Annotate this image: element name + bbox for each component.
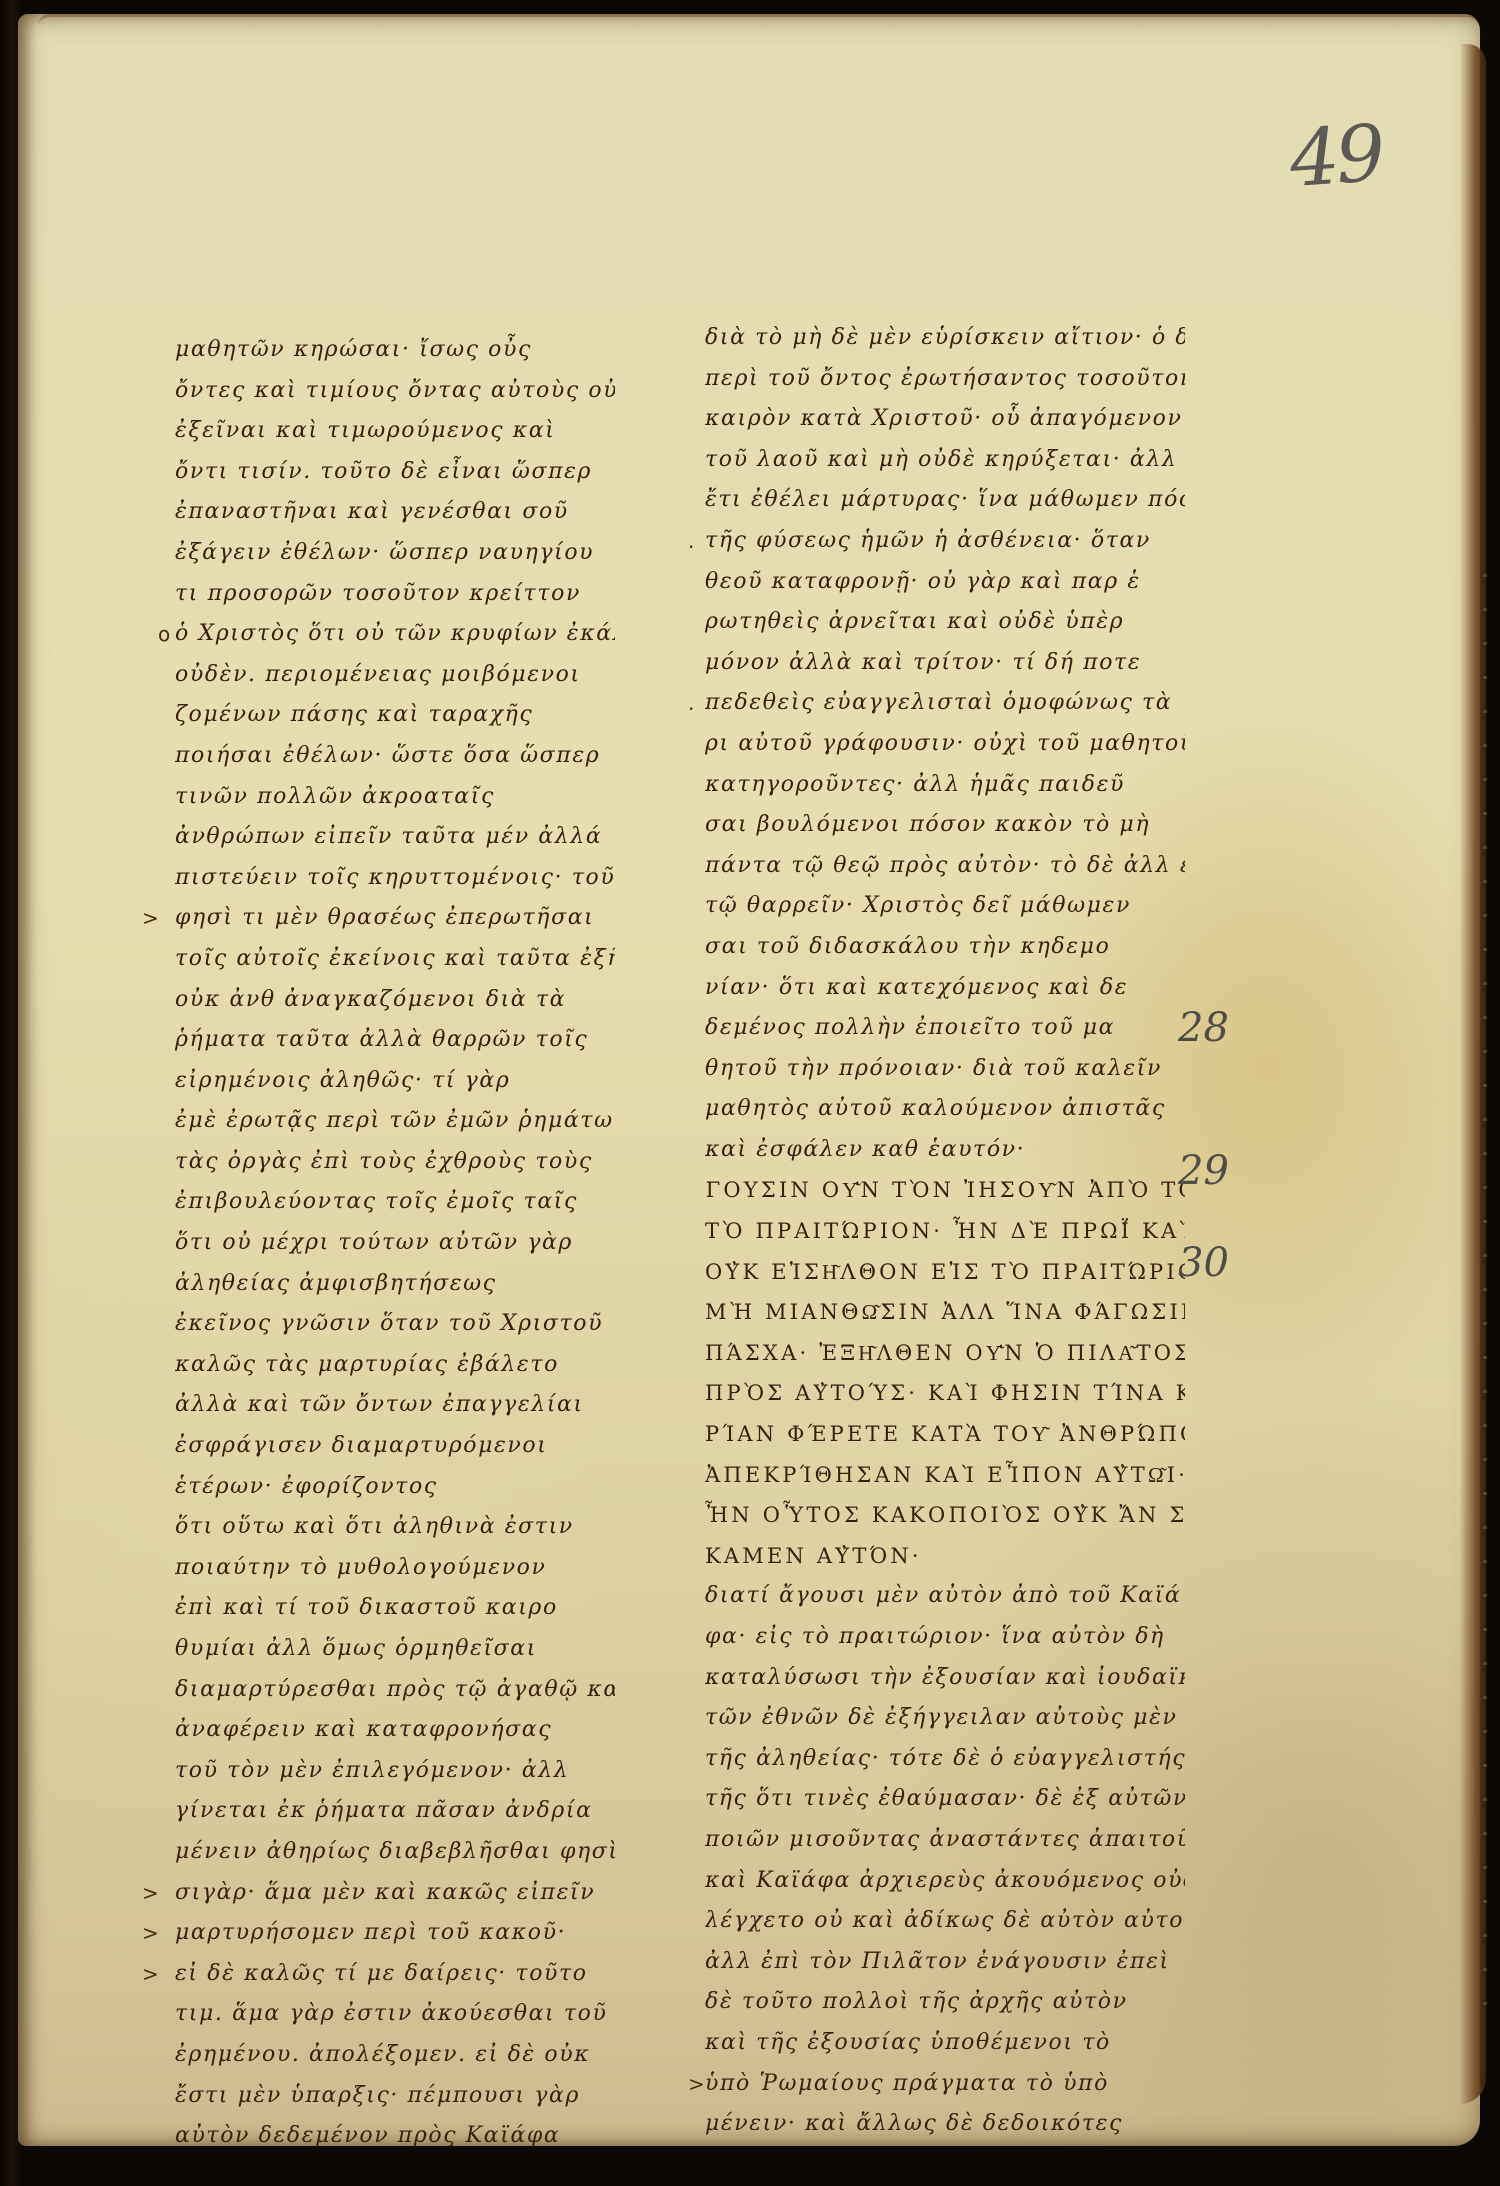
manuscript-line: ἐπιβουλεύοντας τοῖς ἐμοῖς ταῖς — [175, 1182, 615, 1223]
manuscript-line: γίνεται ἐκ ῥήματα πᾶσαν ἀνδρία — [175, 1791, 615, 1832]
manuscript-line: καὶ Καϊάφα ἀρχιερεὺς ἀκουόμενος οὐδὲν ἐξ… — [705, 1861, 1185, 1902]
ruling-prick-marks — [1483, 574, 1487, 2024]
manuscript-line: καλῶς τὰς μαρτυρίας ἐβάλετο — [175, 1345, 615, 1386]
manuscript-line: ἐξάγειν ἐθέλων· ὥσπερ ναυηγίου — [175, 533, 615, 574]
manuscript-line: φα· εἰς τὸ πραιτώριον· ἵνα αὐτὸν δὴ — [705, 1617, 1185, 1658]
manuscript-line: ποιήσαι ἐθέλων· ὥστε ὅσα ὥσπερ — [175, 736, 615, 777]
manuscript-line: μαρτυρήσομεν περὶ τοῦ κακοῦ· — [175, 1913, 615, 1954]
manuscript-line: ὄντι τισίν. τοῦτο δὲ εἶναι ὥσπερ — [175, 452, 615, 493]
manuscript-line: τὰς ὀργὰς ἐπὶ τοὺς ἐχθροὺς τοὺς — [175, 1142, 615, 1183]
uncial-lemma-block: ἄγουσιν οὖν τὸν Ἰησοῦν ἀπὸ τοῦ Καϊάφα εἰ… — [705, 1170, 1185, 1576]
uncial-lemma-line: οὐκ εἰσῆλθον εἰς τὸ πραιτώριον· ἵνα — [705, 1252, 1185, 1293]
manuscript-line: λέγχετο οὐ καὶ ἀδίκως δὲ αὐτὸν αὐτοί — [705, 1901, 1185, 1942]
manuscript-line: τιμ. ἅμα γὰρ ἐστιν ἀκούεσθαι τοῦ — [175, 1994, 615, 2035]
manuscript-line: τοῦ λαοῦ καὶ μὴ οὐδὲ κηρύξεται· ἀλλ — [705, 440, 1185, 481]
manuscript-line: ποιῶν μισοῦντας ἀναστάντες ἀπαιτοῦν — [705, 1820, 1185, 1861]
manuscript-line: σιγὰρ· ἅμα μὲν καὶ κακῶς εἰπεῖν — [175, 1873, 615, 1914]
margin-marker: . — [688, 529, 694, 553]
uncial-lemma-line: πάσχα· ἐξῆλθεν οὖν ὁ Πιλᾶτος ἔξω — [705, 1333, 1185, 1374]
uncial-lemma-line: ἄγουσιν οὖν τὸν Ἰησοῦν ἀπὸ τοῦ Καϊάφα εἰ… — [705, 1170, 1185, 1211]
manuscript-line: πάντα τῷ θεῷ πρὸς αὐτὸν· τὸ δὲ ἀλλ ἑαυ — [705, 846, 1185, 887]
manuscript-line: καιρὸν κατὰ Χριστοῦ· οὗ ἀπαγόμενον — [705, 399, 1185, 440]
manuscript-line: ποιαύτην τὸ μυθολογούμενον — [175, 1548, 615, 1589]
manuscript-line: ζομένων πάσης καὶ ταραχῆς — [175, 695, 615, 736]
manuscript-line: ρι αὐτοῦ γράφουσιν· οὐχὶ τοῦ μαθητοῦ — [705, 724, 1185, 765]
margin-marker: > — [142, 906, 159, 930]
manuscript-line: μαθητὸς αὐτοῦ καλούμενον ἀπιστᾶς — [705, 1089, 1185, 1130]
manuscript-line: ἀλλ ἐπὶ τὸν Πιλᾶτον ἐνάγουσιν ἐπεὶ — [705, 1942, 1185, 1983]
manuscript-line: διὰ τὸ μὴ δὲ μὲν εὑρίσκειν αἴτιον· ὁ δὲ — [705, 318, 1185, 359]
manuscript-line: τῶν ἐθνῶν δὲ ἐξήγγειλαν αὐτοὺς μὲν — [705, 1698, 1185, 1739]
manuscript-line: μόνον ἀλλὰ καὶ τρίτον· τί δή ποτε — [705, 643, 1185, 684]
manuscript-line: ἐξεῖναι καὶ τιμωρούμενος καὶ — [175, 411, 615, 452]
manuscript-line: καὶ ἐσφάλεν καθ ἑαυτόν· — [705, 1130, 1185, 1171]
manuscript-line: ὑπὸ Ῥωμαίους πράγματα τὸ ὑπὸ — [705, 2064, 1185, 2105]
manuscript-line: τῆς φύσεως ἡμῶν ἡ ἀσθένεια· ὅταν — [705, 521, 1185, 562]
manuscript-line: διαμαρτύρεσθαι πρὸς τῷ ἀγαθῷ καὶ — [175, 1670, 615, 1711]
uncial-lemma-line: μὴ μιανθῶσιν ἀλλ ἵνα φάγωσιν τὸ — [705, 1292, 1185, 1333]
manuscript-line: ῥήματα ταῦτα ἀλλὰ θαρρῶν τοῖς — [175, 1020, 615, 1061]
manuscript-line: ἀναφέρειν καὶ καταφρονήσας — [175, 1710, 615, 1751]
margin-marker: > — [142, 1921, 159, 1945]
top-edge-fold — [38, 14, 1478, 57]
manuscript-line: ἐπὶ καὶ τί τοῦ δικαστοῦ καιρο — [175, 1588, 615, 1629]
manuscript-line: δὲ τοῦτο πολλοὶ τῆς ἀρχῆς αὐτὸν — [705, 1982, 1185, 2023]
manuscript-line: δεμένος πολλὴν ἐποιεῖτο τοῦ μα — [705, 1008, 1185, 1049]
margin-marker: ο — [158, 622, 170, 646]
margin-marker: > — [142, 1881, 159, 1905]
manuscript-line: ἔστι μὲν ὑπαρξις· πέμπουσι γὰρ — [175, 2076, 615, 2117]
manuscript-line: καὶ τῆς ἐξουσίας ὑποθέμενοι τὸ — [705, 2023, 1185, 2064]
manuscript-line: θυμίαι ἀλλ ὅμως ὁρμηθεῖσαι — [175, 1629, 615, 1670]
folio-number: 49 — [1287, 109, 1384, 205]
margin-marker: > — [142, 1962, 159, 1986]
manuscript-line: ἐπαναστῆναι καὶ γενέσθαι σοῦ — [175, 492, 615, 533]
uncial-lemma-line: ἦν οὗτος κακοποιὸς οὐκ ἄν σοι παρεδώ — [705, 1495, 1185, 1536]
manuscript-line: ἐσφράγισεν διαμαρτυρόμενοι — [175, 1426, 615, 1467]
uncial-lemma-line: πρὸς αὐτούς· καὶ φησιν τίνα κατηγο — [705, 1373, 1185, 1414]
manuscript-line: τι προσορῶν τοσοῦτον κρείττον — [175, 574, 615, 615]
manuscript-line: ἐκεῖνος γνῶσιν ὅταν τοῦ Χριστοῦ — [175, 1304, 615, 1345]
manuscript-line: θητοῦ τὴν πρόνοιαν· διὰ τοῦ καλεῖν — [705, 1049, 1185, 1090]
uncial-lemma-line: ἀπεκρίθησαν καὶ εἶπον αὐτῷ· εἰ μὴ — [705, 1455, 1185, 1496]
margin-marker: . — [688, 691, 694, 715]
manuscript-line: μένειν· καὶ ἄλλως δὲ δεδοικότες — [705, 2104, 1185, 2145]
manuscript-line: τῆς ὅτι τινὲς ἐθαύμασαν· δὲ ἐξ αὐτῶν — [705, 1779, 1185, 1820]
manuscript-line: ὄντες καὶ τιμίους ὄντας αὐτοὺς οὐ — [175, 371, 615, 412]
manuscript-line: τῆς ἀληθείας· τότε δὲ ὁ εὐαγγελιστής — [705, 1739, 1185, 1780]
uncial-lemma-line: καμεν αὐτόν· — [705, 1536, 1185, 1577]
manuscript-line: ἐρημένου. ἀπολέξομεν. εἰ δὲ οὐκ — [175, 2035, 615, 2076]
manuscript-line: μαθητῶν κηρώσαι· ἴσως οὖς — [175, 330, 615, 371]
uncial-lemma-line: ρίαν φέρετε κατὰ τοῦ ἀνθρώπου τούτου — [705, 1414, 1185, 1455]
margin-marker: > — [688, 2072, 705, 2096]
manuscript-line: οὐδὲν. περιομένειας μοιβόμενοι — [175, 655, 615, 696]
manuscript-line: οὐκ ἀνθ ἀναγκαζόμενοι διὰ τὰ — [175, 980, 615, 1021]
manuscript-line: σαι βουλόμενοι πόσον κακὸν τὸ μὴ — [705, 805, 1185, 846]
manuscript-line: κατηγοροῦντες· ἀλλ ἡμᾶς παιδεῦ — [705, 765, 1185, 806]
manuscript-line: πιστεύειν τοῖς κηρυττομένοις· τοῦτο δὲ — [175, 858, 615, 899]
verse-number: 30 — [1178, 1240, 1229, 1286]
manuscript-line: εἰ δὲ καλῶς τί με δαίρεις· τοῦτο — [175, 1954, 615, 1995]
manuscript-line: θεοῦ καταφρονῇ· οὐ γὰρ καὶ παρ ἑ — [705, 562, 1185, 603]
manuscript-line: ὁ Χριστὸς ὅτι οὐ τῶν κρυφίων ἐκάλεσαν — [175, 614, 615, 655]
manuscript-line: πεδεθεὶς εὐαγγελισταὶ ὁμοφώνως τὰ — [705, 683, 1185, 724]
manuscript-line: ὅτι οὐ μέχρι τούτων αὐτῶν γὰρ — [175, 1223, 615, 1264]
manuscript-line: φησὶ τι μὲν θρασέως ἐπερωτῆσαι — [175, 898, 615, 939]
manuscript-line: εἰρημένοις ἀληθῶς· τί γὰρ — [175, 1061, 615, 1102]
uncial-lemma-line: τὸ πραιτώριον· ἦν δὲ πρωΐ καὶ αὐτοὶ — [705, 1211, 1185, 1252]
manuscript-line: τοῦ τὸν μὲν ἐπιλεγόμενον· ἀλλ — [175, 1751, 615, 1792]
manuscript-line: ἑτέρων· ἐφορίζοντος — [175, 1467, 615, 1508]
manuscript-line: ἔτι ἐθέλει μάρτυρας· ἵνα μάθωμεν πόση — [705, 480, 1185, 521]
left-text-column: μαθητῶν κηρώσαι· ἴσως οὖςὄντες καὶ τιμίο… — [175, 330, 615, 2157]
manuscript-line: καταλύσωσι τὴν ἐξουσίαν καὶ ἰουδαϊκὸν — [705, 1658, 1185, 1699]
manuscript-line: νίαν· ὅτι καὶ κατεχόμενος καὶ δε — [705, 968, 1185, 1009]
manuscript-line: αὐτὸν δεδεμένον πρὸς Καϊάφα — [175, 2116, 615, 2157]
manuscript-line: ρωτηθεὶς ἀρνεῖται καὶ οὐδὲ ὑπὲρ — [705, 602, 1185, 643]
manuscript-line: τινῶν πολλῶν ἀκροαταῖς — [175, 777, 615, 818]
manuscript-line: ἀνθρώπων εἰπεῖν ταῦτα μέν ἀλλά — [175, 817, 615, 858]
manuscript-line: ὅτι οὕτω καὶ ὅτι ἀληθινὰ ἐστιν — [175, 1507, 615, 1548]
manuscript-line: τοῖς αὐτοῖς ἐκείνοις καὶ ταῦτα ἐξῆς — [175, 939, 615, 980]
manuscript-line: σαι τοῦ διδασκάλου τὴν κηδεμο — [705, 927, 1185, 968]
commentary-bottom-block: διατί ἄγουσι μὲν αὐτὸν ἀπὸ τοῦ Καϊάφα· ε… — [705, 1576, 1185, 2144]
manuscript-line: μένειν ἀθηρίως διαβεβλῆσθαι φησὶ — [175, 1832, 615, 1873]
manuscript-line: ἀληθείας ἀμφισβητήσεως — [175, 1264, 615, 1305]
commentary-top-block: διὰ τὸ μὴ δὲ μὲν εὑρίσκειν αἴτιον· ὁ δὲπ… — [705, 318, 1185, 1170]
manuscript-line: τῷ θαρρεῖν· Χριστὸς δεῖ μάθωμεν — [705, 886, 1185, 927]
right-text-column: διὰ τὸ μὴ δὲ μὲν εὑρίσκειν αἴτιον· ὁ δὲπ… — [705, 318, 1185, 2145]
verse-number: 28 — [1178, 1005, 1229, 1051]
manuscript-line: ἐμὲ ἐρωτᾷς περὶ τῶν ἐμῶν ῥημάτων — [175, 1101, 615, 1142]
manuscript-line: διατί ἄγουσι μὲν αὐτὸν ἀπὸ τοῦ Καϊά — [705, 1576, 1185, 1617]
manuscript-line: ἀλλὰ καὶ τῶν ὄντων ἐπαγγελίαι — [175, 1385, 615, 1426]
verse-number: 29 — [1178, 1148, 1229, 1194]
manuscript-line: περὶ τοῦ ὄντος ἐρωτήσαντος τοσοῦτον — [705, 359, 1185, 400]
